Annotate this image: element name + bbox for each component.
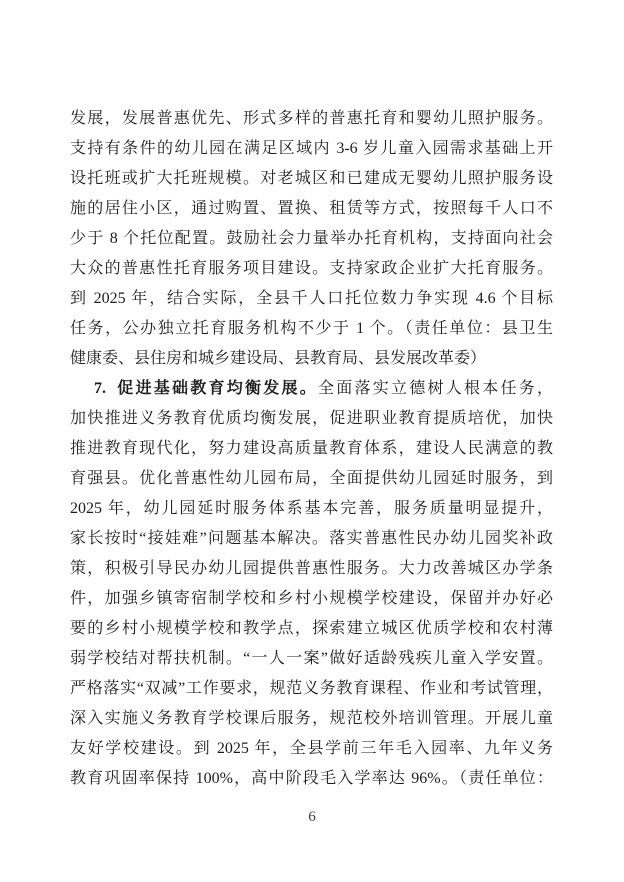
body-line: 策，积极引导民办幼儿园提供普惠性服务。大力改善城区办学条 <box>70 554 553 584</box>
body-line: 到 2025 年，结合实际，全县千人口托位数力争实现 4.6 个目标 <box>70 284 553 314</box>
body-line: 施的居住小区，通过购置、置换、租赁等方式，按照每千人口不 <box>70 194 553 224</box>
body-line: 家长按时“接娃难”问题基本解决。落实普惠性民办幼儿园奖补政 <box>70 524 553 554</box>
paragraph-7-heading-line: 7.促进基础教育均衡发展。全面落实立德树人根本任务， <box>70 374 553 404</box>
page-number: 6 <box>0 806 624 828</box>
paragraph-heading: 促进基础教育均衡发展。 <box>115 380 318 397</box>
body-line: 加快推进义务教育优质均衡发展，促进职业教育提质培优，加快 <box>70 404 553 434</box>
body-line: 育强县。优化普惠性幼儿园布局，全面提供幼儿园延时服务，到 <box>70 464 553 494</box>
paragraph-lead-text: 全面落实立德树人根本任务， <box>318 380 553 397</box>
body-line-paragraph-end: 健康委、县住房和城乡建设局、县教育局、县发展改革委） <box>70 344 553 374</box>
document-page: 发展，发展普惠优先、形式多样的普惠托育和婴幼儿照护服务。 支持有条件的幼儿园在满… <box>0 0 624 882</box>
body-line: 教育巩固率保持 100%，高中阶段毛入学率达 96%。（责任单位： <box>70 764 553 794</box>
body-line: 友好学校建设。到 2025 年，全县学前三年毛入园率、九年义务 <box>70 734 553 764</box>
paragraph-number: 7. <box>94 380 106 397</box>
body-line: 任务，公办独立托育服务机构不少于 1 个。（责任单位：县卫生 <box>70 314 553 344</box>
body-line: 深入实施义务教育学校课后服务，规范校外培训管理。开展儿童 <box>70 704 553 734</box>
body-line: 弱学校结对帮扶机制。“一人一案”做好适龄残疾儿童入学安置。 <box>70 644 553 674</box>
body-line: 支持有条件的幼儿园在满足区域内 3-6 岁儿童入园需求基础上开 <box>70 134 553 164</box>
body-line: 发展，发展普惠优先、形式多样的普惠托育和婴幼儿照护服务。 <box>70 104 553 134</box>
body-line: 大众的普惠性托育服务项目建设。支持家政企业扩大托育服务。 <box>70 254 553 284</box>
body-line: 推进教育现代化，努力建设高质量教育体系，建设人民满意的教 <box>70 434 553 464</box>
body-line: 2025 年，幼儿园延时服务体系基本完善，服务质量明显提升， <box>70 494 553 524</box>
body-line: 设托班或扩大托班规模。对老城区和已建成无婴幼儿照护服务设 <box>70 164 553 194</box>
body-line: 件，加强乡镇寄宿制学校和乡村小规模学校建设，保留并办好必 <box>70 584 553 614</box>
document-body: 发展，发展普惠优先、形式多样的普惠托育和婴幼儿照护服务。 支持有条件的幼儿园在满… <box>70 104 553 794</box>
body-line: 要的乡村小规模学校和教学点，探索建立城区优质学校和农村薄 <box>70 614 553 644</box>
body-line: 严格落实“双减”工作要求，规范义务教育课程、作业和考试管理， <box>70 674 553 704</box>
body-line: 少于 8 个托位配置。鼓励社会力量举办托育机构，支持面向社会 <box>70 224 553 254</box>
